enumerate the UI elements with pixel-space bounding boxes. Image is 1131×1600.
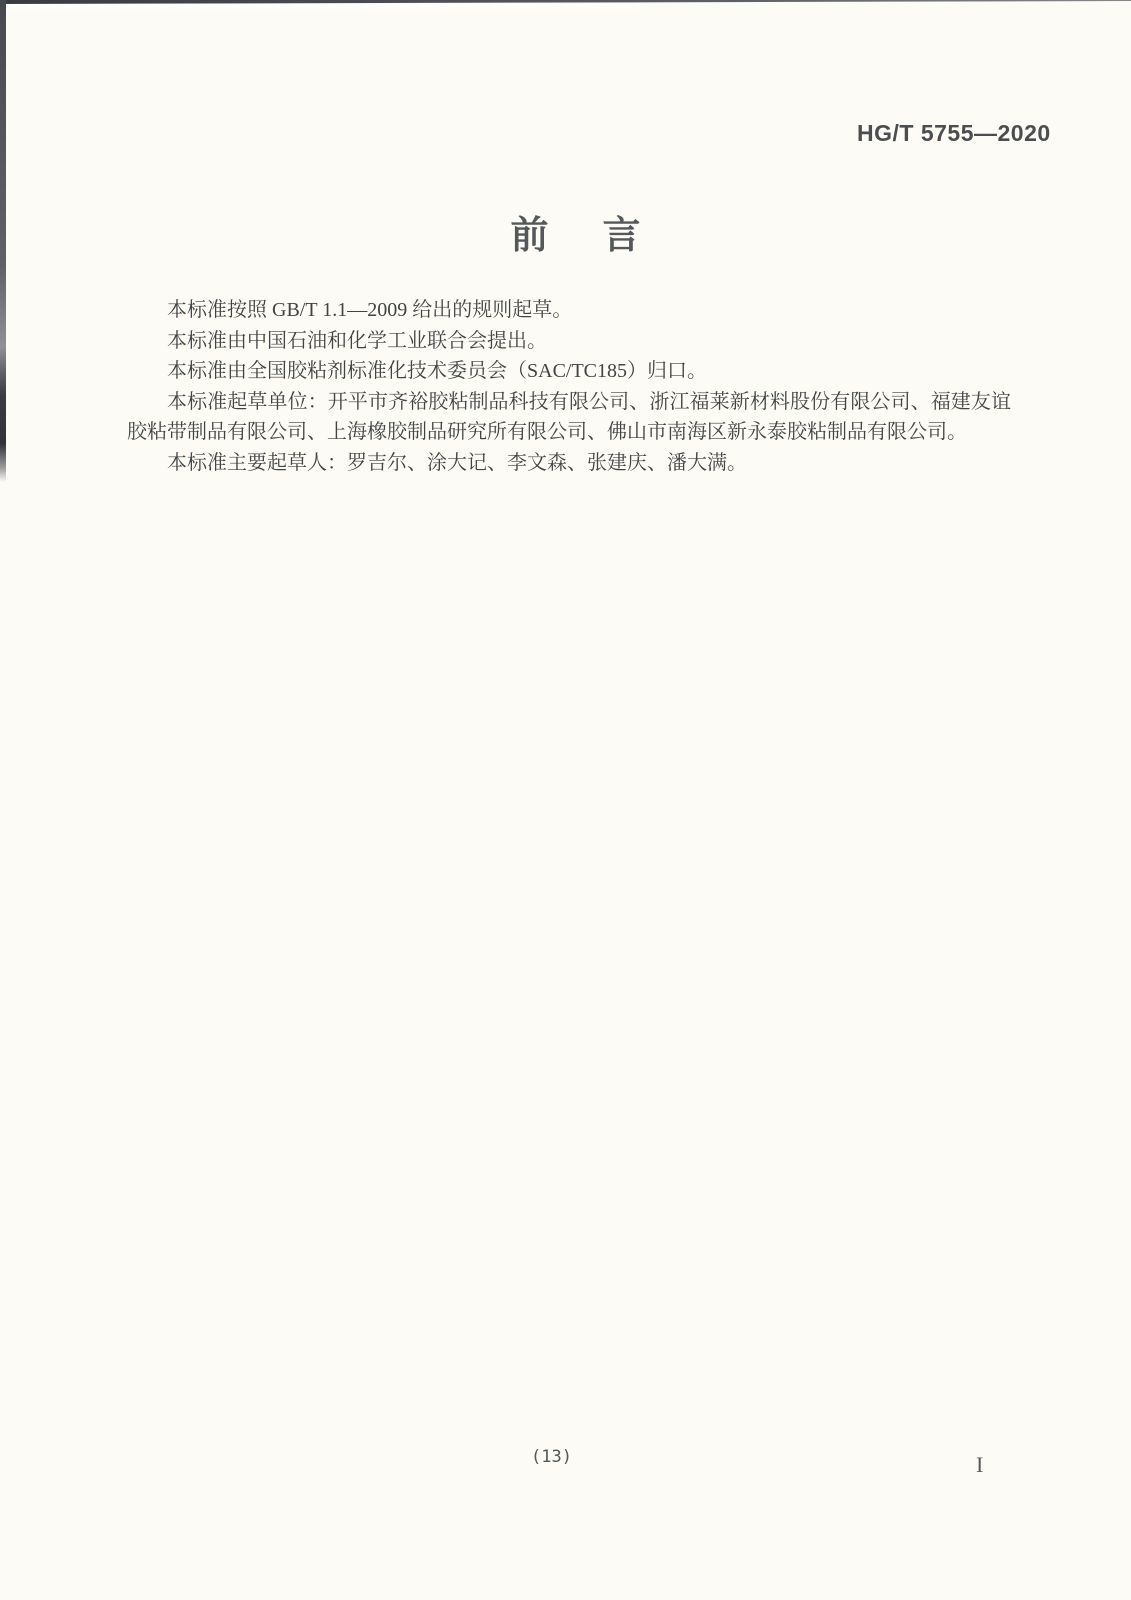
scanned-document-page: HG/T 5755—2020 前 言 本标准按照 GB/T 1.1—2009 给…	[0, 0, 1131, 1600]
footer-page-number: I	[976, 1452, 983, 1478]
footer-page-note: (13)	[0, 1447, 1117, 1467]
page-title-foreword: 前 言	[10, 217, 1131, 255]
title-char-qian: 前	[510, 217, 548, 255]
foreword-paragraph-drafting-organizations: 本标准起草单位：开平市齐裕胶粘制品科技有限公司、浙江福莱新材料股份有限公司、福建…	[127, 387, 1011, 448]
foreword-paragraph-committee: 本标准由全国胶粘剂标准化技术委员会（SAC/TC185）归口。	[127, 356, 1011, 387]
foreword-body: 本标准按照 GB/T 1.1—2009 给出的规则起草。 本标准由中国石油和化学…	[127, 295, 1011, 478]
scan-artifact-left-edge	[0, 0, 6, 482]
scan-artifact-top-glow	[0, 4, 640, 12]
standard-code-header: HG/T 5755—2020	[857, 120, 1051, 147]
title-char-yan: 言	[603, 217, 641, 255]
foreword-paragraph-drafting-rules: 本标准按照 GB/T 1.1—2009 给出的规则起草。	[127, 295, 1011, 326]
foreword-paragraph-main-drafters: 本标准主要起草人：罗吉尔、涂大记、李文森、张建庆、潘大满。	[127, 448, 1011, 479]
foreword-paragraph-proposed-by: 本标准由中国石油和化学工业联合会提出。	[127, 326, 1011, 357]
